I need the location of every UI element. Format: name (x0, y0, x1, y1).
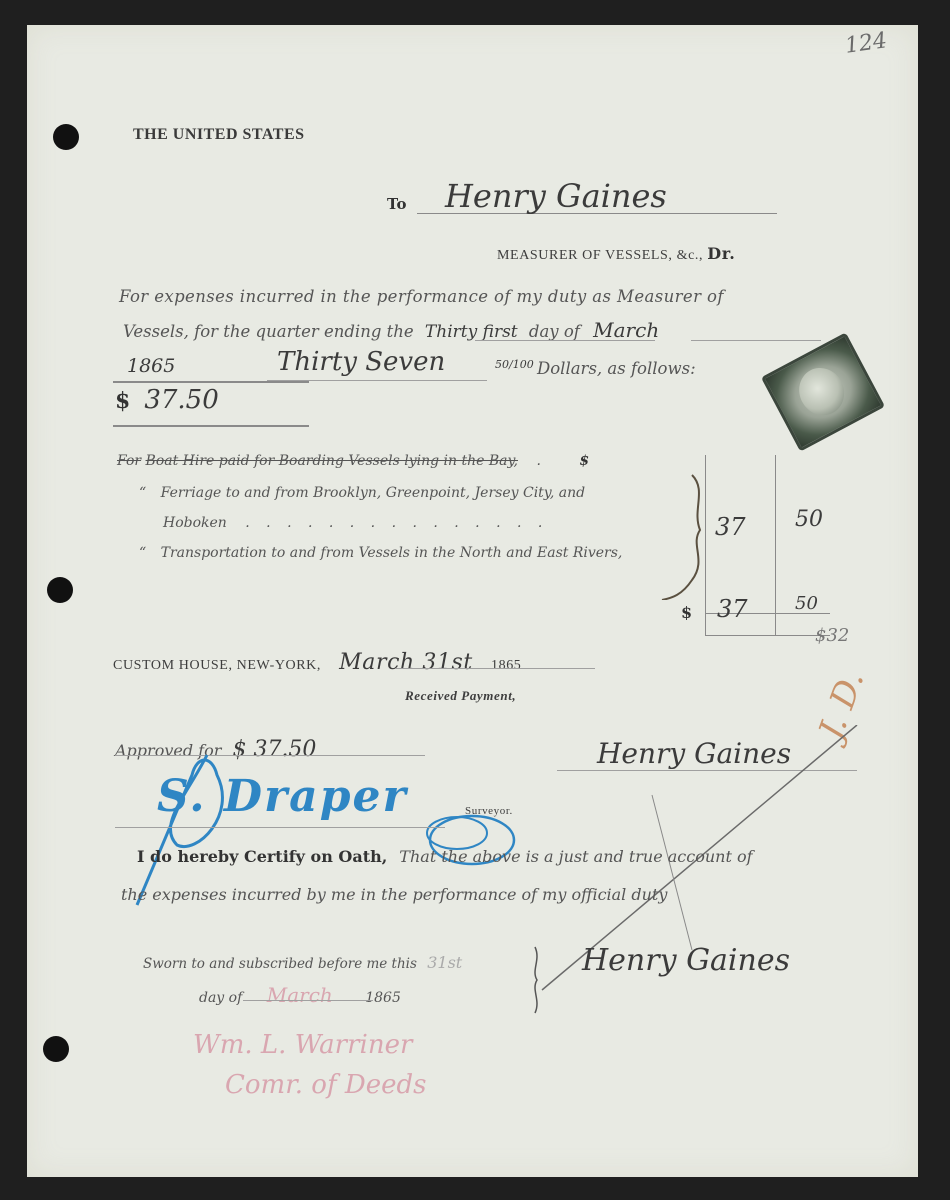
punch-hole-top (53, 124, 79, 150)
custom-house-year: 1865 (491, 658, 521, 673)
dr-label: Dr. (707, 244, 735, 263)
custom-house-line: CUSTOM HOUSE, NEW-YORK, March 31st 1865 (113, 650, 521, 675)
preamble-month-line (691, 340, 821, 341)
total-dollars: 37 (717, 595, 748, 623)
sworn-month: March (267, 983, 333, 1007)
sworn-day: 31st (427, 953, 462, 972)
item-dots: . (536, 453, 540, 469)
page-number: 124 (843, 28, 888, 59)
line-cents: 50 (795, 507, 823, 532)
dollars-as-follows: Dollars, as follows: (537, 359, 696, 378)
role-title: MEASURER OF VESSELS, &c., Dr. (497, 244, 735, 264)
certification-line-2: the expenses incurred by me in the perfo… (121, 885, 667, 904)
approver-title: Surveyor. (465, 805, 513, 817)
certification-lead: I do hereby Certify on Oath, (137, 847, 387, 866)
notary-name: Wm. L. Warriner (193, 1030, 412, 1060)
to-label: To (387, 195, 406, 213)
revenue-stamp (761, 332, 885, 451)
sworn-day-of: day of (199, 990, 242, 1006)
item-hoboken: Hoboken . . . . . . . . . . . . . . . (163, 515, 548, 531)
item-dots: . . . . . . . . . . . . . . . (245, 515, 548, 531)
custom-house-date-line (395, 668, 595, 669)
amount-box: $ 37.50 (115, 385, 219, 415)
year-written: 1865 (127, 355, 175, 377)
sworn-month-line (243, 1000, 373, 1001)
amount-col-mid (775, 455, 776, 635)
amount-bottom-line (705, 635, 830, 636)
item-dollar-sign: $ (579, 453, 589, 469)
amount-value: 37.50 (144, 385, 218, 415)
margin-amount-note: $32 (815, 625, 849, 646)
custom-house-label: CUSTOM HOUSE, NEW-YORK, (113, 658, 321, 673)
amount-words: Thirty Seven (277, 347, 445, 377)
day-written: Thirty first (425, 322, 518, 342)
cancellation-lines-icon (527, 725, 907, 1025)
amount-currency: $ (115, 388, 130, 414)
item-boat-hire: For Boat Hire paid for Boarding Vessels … (117, 453, 589, 469)
item-text: Ferriage to and from Brooklyn, Greenpoin… (161, 485, 585, 501)
item-text: Hoboken (163, 515, 227, 531)
stamp-portrait-icon (791, 360, 852, 423)
item-prefix: “ (139, 485, 146, 501)
preamble-day-line (475, 340, 655, 341)
preamble-prefix: Vessels, for the quarter ending the (123, 322, 414, 341)
total-sign: $ (681, 603, 692, 622)
amount-col-left (705, 455, 706, 635)
item-text: Boat Hire paid for Boarding Vessels lyin… (146, 453, 518, 469)
punch-hole-bottom (43, 1036, 69, 1062)
certification-text-1: That the above is a just and true accoun… (399, 847, 752, 866)
sworn-brace-icon (527, 945, 547, 1015)
item-prefix: For (117, 453, 141, 469)
sworn-line-2: day of March 1865 (199, 983, 401, 1007)
preamble-line-1: For expenses incurred in the performance… (119, 287, 724, 306)
certification-line-1: I do hereby Certify on Oath, That the ab… (137, 847, 753, 867)
custom-house-date: March 31st (339, 650, 473, 675)
total-cents: 50 (795, 593, 818, 614)
item-prefix: “ (139, 545, 146, 561)
line-dollars: 37 (715, 513, 746, 541)
amount-box-top (113, 381, 309, 383)
item-brace-icon (652, 470, 712, 600)
sworn-text: Sworn to and subscribed before me this (143, 956, 417, 972)
sworn-line-1: Sworn to and subscribed before me this 3… (143, 953, 462, 972)
received-payment: Received Payment, (405, 688, 516, 704)
day-of-text: day of (529, 322, 580, 341)
item-text: Transportation to and from Vessels in th… (161, 545, 623, 561)
punch-hole-middle (47, 577, 73, 603)
role-text: MEASURER OF VESSELS, &c., (497, 248, 703, 263)
preamble-line-2: Vessels, for the quarter ending the Thir… (123, 318, 659, 342)
payee-name: Henry Gaines (445, 177, 667, 215)
sworn-signature: Henry Gaines (582, 943, 790, 978)
sworn-year: 1865 (365, 990, 401, 1006)
document-page: 124 THE UNITED STATES To Henry Gaines ME… (27, 25, 918, 1177)
item-transportation: “ Transportation to and from Vessels in … (139, 545, 622, 561)
approver-line (115, 827, 445, 828)
item-ferriage: “ Ferriage to and from Brooklyn, Greenpo… (139, 485, 585, 501)
month-written: March (593, 318, 659, 342)
header-title: THE UNITED STATES (133, 126, 305, 144)
amount-box-bottom (113, 425, 309, 427)
cents-fraction: 50/100 (495, 358, 534, 371)
notary-title: Comr. of Deeds (225, 1070, 426, 1100)
